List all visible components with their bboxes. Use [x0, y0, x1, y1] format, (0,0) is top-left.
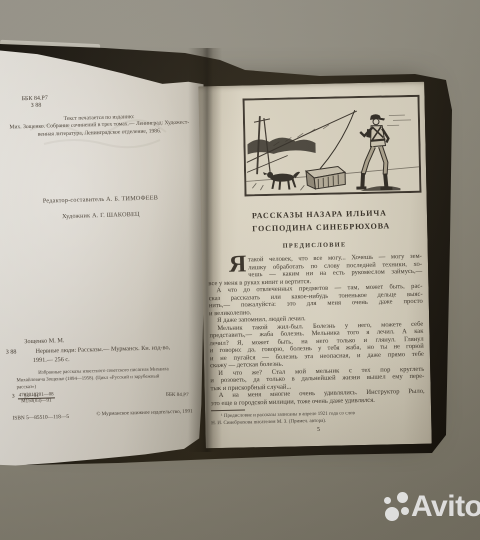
right-page-text: РАССКАЗЫ НАЗАРА ИЛЬИЧА ГОСПОДИНА СИНЕБРЮ… — [198, 82, 432, 449]
index-letter: З — [12, 393, 15, 399]
editor-credit: Редактор-составитель А. Б. ТИМОФЕЕВ — [0, 193, 208, 206]
soldier-with-dog-illustration — [242, 95, 421, 197]
annotation: Избранные рассказы известного советского… — [16, 367, 169, 392]
right-page: РАССКАЗЫ НАЗАРА ИЛЬИЧА ГОСПОДИНА СИНЕБРЮ… — [198, 82, 432, 449]
left-page: ББК 84.Р7 З 88 Текст печатается по издан… — [0, 44, 210, 468]
edition-note: Текст печатается по изданию:Мих. Зощенко… — [0, 112, 201, 140]
left-page-text: ББК 84.Р7 З 88 Текст печатается по издан… — [0, 44, 210, 468]
preface-heading: ПРЕДИСЛОВИЕ — [208, 240, 422, 251]
catalog-year: 1991.— 256 с. — [33, 356, 70, 364]
story-title: РАССКАЗЫ НАЗАРА ИЛЬИЧА ГОСПОДИНА СИНЕБРЮ… — [252, 206, 390, 235]
bbk-code: ББК 84.Р7 — [22, 95, 48, 102]
footnote-rule — [211, 409, 245, 411]
index-fraction: 4702010201—08М150(03)—91 — [18, 392, 55, 404]
avito-logo-icon — [378, 487, 411, 527]
artist-credit: Художник А. Г. ШАКОВЕЦ — [0, 209, 209, 222]
copyright: © Мурманское книжное издательство, 1991 — [96, 409, 192, 418]
print-index: З4702010201—08М150(03)—9113—91 — [12, 393, 39, 403]
bbk-repeat: ББК 84.Р7 — [166, 392, 189, 399]
bbk-index: З 88 — [22, 102, 48, 110]
preface-body: такой человек, что все могу... Хочешь — … — [208, 253, 425, 407]
isbn: ISBN 5—85510—118—5 — [12, 414, 69, 422]
avito-watermark: Avito — [378, 487, 480, 527]
photo-of-open-book: ББК 84.Р7 З 88 Текст печатается по издан… — [0, 0, 480, 540]
avito-wordmark: Avito — [411, 487, 480, 527]
catalog-title: Нервные люди: Рассказы.— Мурманск. Кн. и… — [36, 344, 171, 355]
catalog-author: Зощенко М. М. — [24, 337, 64, 345]
bbk-code-block: ББК 84.Р7 З 88 — [22, 95, 49, 110]
index-denominator: М150(03)—91 — [18, 398, 55, 404]
story-title-line2: ГОСПОДИНА СИНЕБРЮХОВА — [252, 219, 390, 235]
catalog-index: З 88 — [6, 348, 17, 355]
